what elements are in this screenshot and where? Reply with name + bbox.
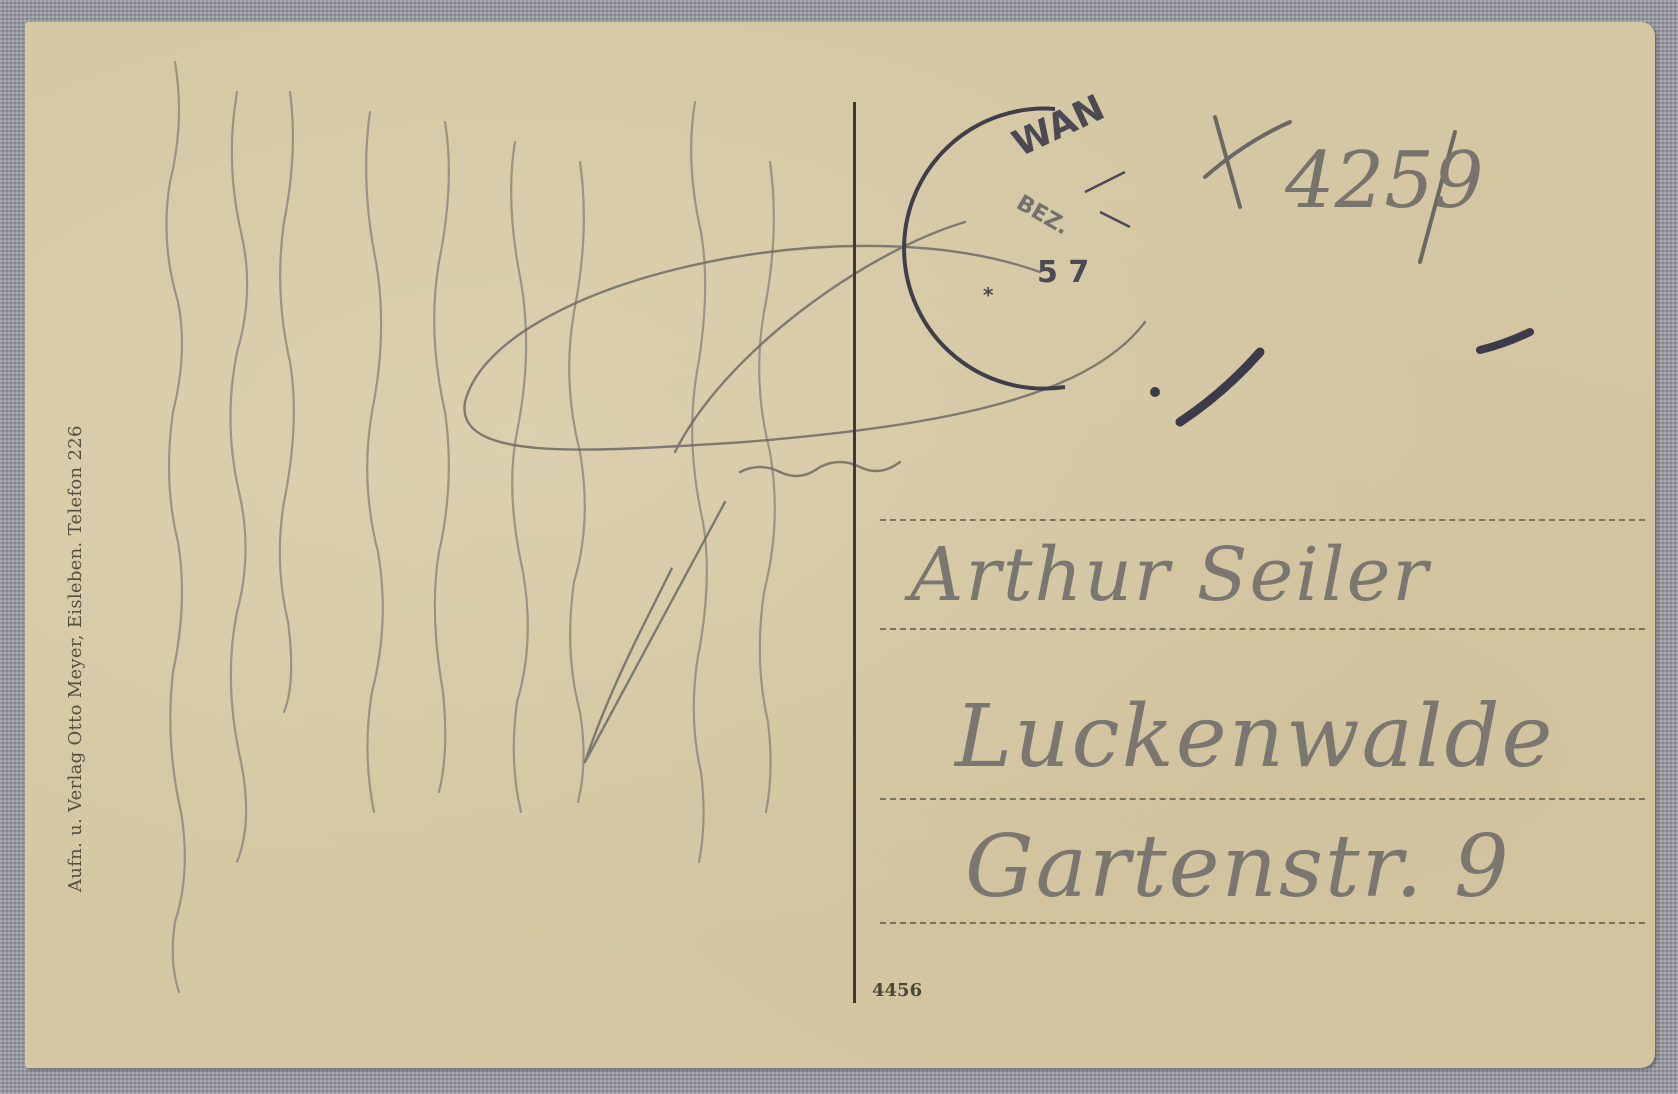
address-line-4 — [880, 922, 1645, 924]
postmark-district: BEZ. — [1012, 191, 1073, 241]
address-recipient: Arthur Seiler — [910, 532, 1430, 618]
address-line-3 — [880, 798, 1645, 800]
address-line-1 — [880, 519, 1645, 521]
postmark-date: 5 7 — [1037, 255, 1089, 290]
pencil-number: 4259 — [1284, 136, 1484, 226]
postmark-star: * — [983, 283, 994, 307]
address-city: Luckenwalde — [955, 687, 1554, 787]
publisher-imprint: Aufn. u. Verlag Otto Meyer, Eisleben. Te… — [65, 425, 86, 892]
address-street: Gartenstr. 9 — [965, 817, 1511, 917]
address-divider — [853, 102, 856, 1003]
card-number: 4456 — [872, 980, 922, 1001]
postcard-back: Aufn. u. Verlag Otto Meyer, Eisleben. Te… — [25, 22, 1655, 1068]
address-line-2 — [880, 628, 1645, 630]
postmark-town: WAN — [1006, 87, 1110, 165]
